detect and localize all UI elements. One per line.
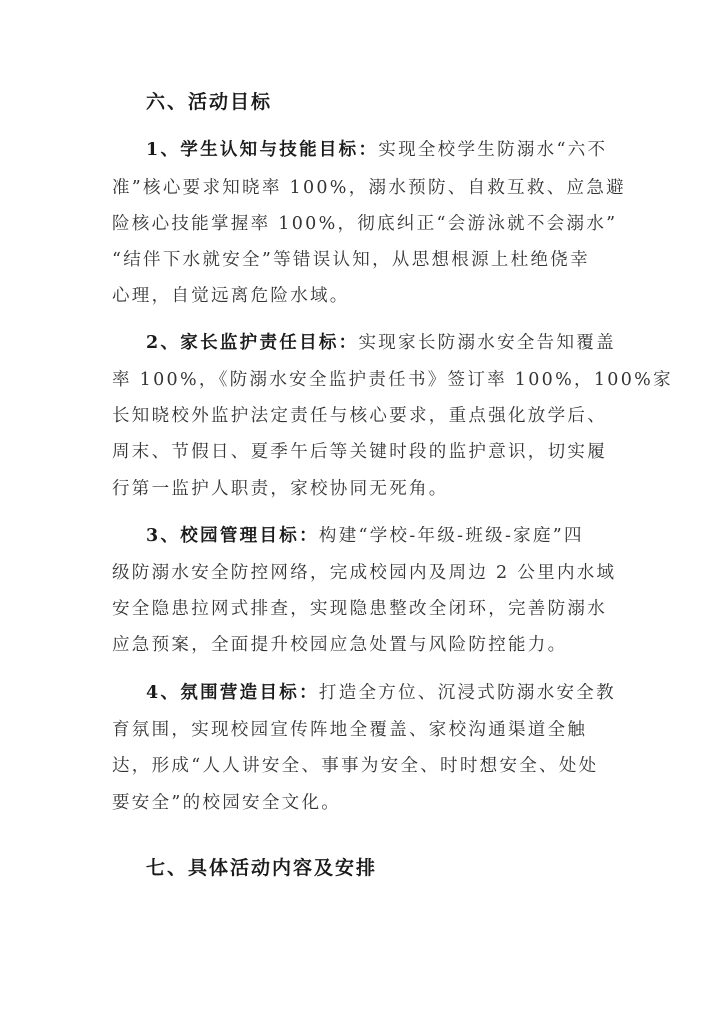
goal-1-line: 准”核心要求知晓率 100%，溺水预防、自救互救、应急避 bbox=[112, 180, 626, 198]
section-heading-activity-arrangements: 七、具体活动内容及安排 bbox=[146, 859, 377, 878]
goal-2-line: 率 100%，《防溺水安全监护责任书》签订率 100%，100%家 bbox=[112, 372, 673, 390]
goal-3-text: 构建“学校-年级-班级-家庭”四 bbox=[319, 526, 584, 546]
goal-3-label: 3、校园管理目标： bbox=[146, 526, 319, 546]
goal-4-line: 要安全”的校园安全文化。 bbox=[112, 795, 341, 813]
goal-4-line: 达，形成“人人讲安全、事事为安全、时时想安全、处处 bbox=[112, 758, 598, 776]
goal-3-line: 级防溺水安全防控网络，完成校园内及周边 2 公里内水域 bbox=[112, 565, 616, 583]
goal-1-first-line: 1、学生认知与技能目标：实现全校学生防溺水“六不 bbox=[146, 142, 607, 160]
goal-3-line: 应急预案，全面提升校园应急处置与风险防控能力。 bbox=[112, 637, 567, 655]
goal-1-label: 1、学生认知与技能目标： bbox=[146, 140, 378, 160]
goal-4-label: 4、氛围营造目标： bbox=[146, 683, 319, 703]
goal-2-line: 行第一监护人职责，家校协同无死角。 bbox=[112, 481, 449, 499]
goal-2-text: 实现家长防溺水安全告知覆盖 bbox=[358, 333, 615, 353]
section-heading-activity-goals: 六、活动目标 bbox=[146, 93, 272, 112]
goal-1-line: “结伴下水就安全”等错误认知，从思想根源上杜绝侥幸 bbox=[112, 252, 590, 270]
goal-1-text: 实现全校学生防溺水“六不 bbox=[378, 140, 607, 160]
goal-2-line: 周末、节假日、夏季午后等关键时段的监护意识，切实履 bbox=[112, 444, 607, 462]
goal-3-first-line: 3、校园管理目标：构建“学校-年级-班级-家庭”四 bbox=[146, 528, 584, 546]
goal-1-line: 险核心技能掌握率 100%，彻底纠正“会游泳就不会溺水” bbox=[112, 216, 617, 234]
goal-1-line: 心理，自觉远离危险水域。 bbox=[112, 288, 350, 306]
goal-4-first-line: 4、氛围营造目标：打造全方位、沉浸式防溺水安全教 bbox=[146, 685, 616, 703]
goal-2-line: 长知晓校外监护法定责任与核心要求，重点强化放学后、 bbox=[112, 408, 607, 426]
goal-2-label: 2、家长监护责任目标： bbox=[146, 333, 358, 353]
goal-3-line: 安全隐患拉网式排查，实现隐患整改全闭环，完善防溺水 bbox=[112, 601, 607, 619]
goal-4-text: 打造全方位、沉浸式防溺水安全教 bbox=[319, 683, 616, 703]
goal-4-line: 育氛围，实现校园宣传阵地全覆盖、家校沟通渠道全触 bbox=[112, 722, 587, 740]
goal-2-first-line: 2、家长监护责任目标：实现家长防溺水安全告知覆盖 bbox=[146, 335, 616, 353]
document-page: 六、活动目标 1、学生认知与技能目标：实现全校学生防溺水“六不 准”核心要求知晓… bbox=[0, 0, 724, 1024]
